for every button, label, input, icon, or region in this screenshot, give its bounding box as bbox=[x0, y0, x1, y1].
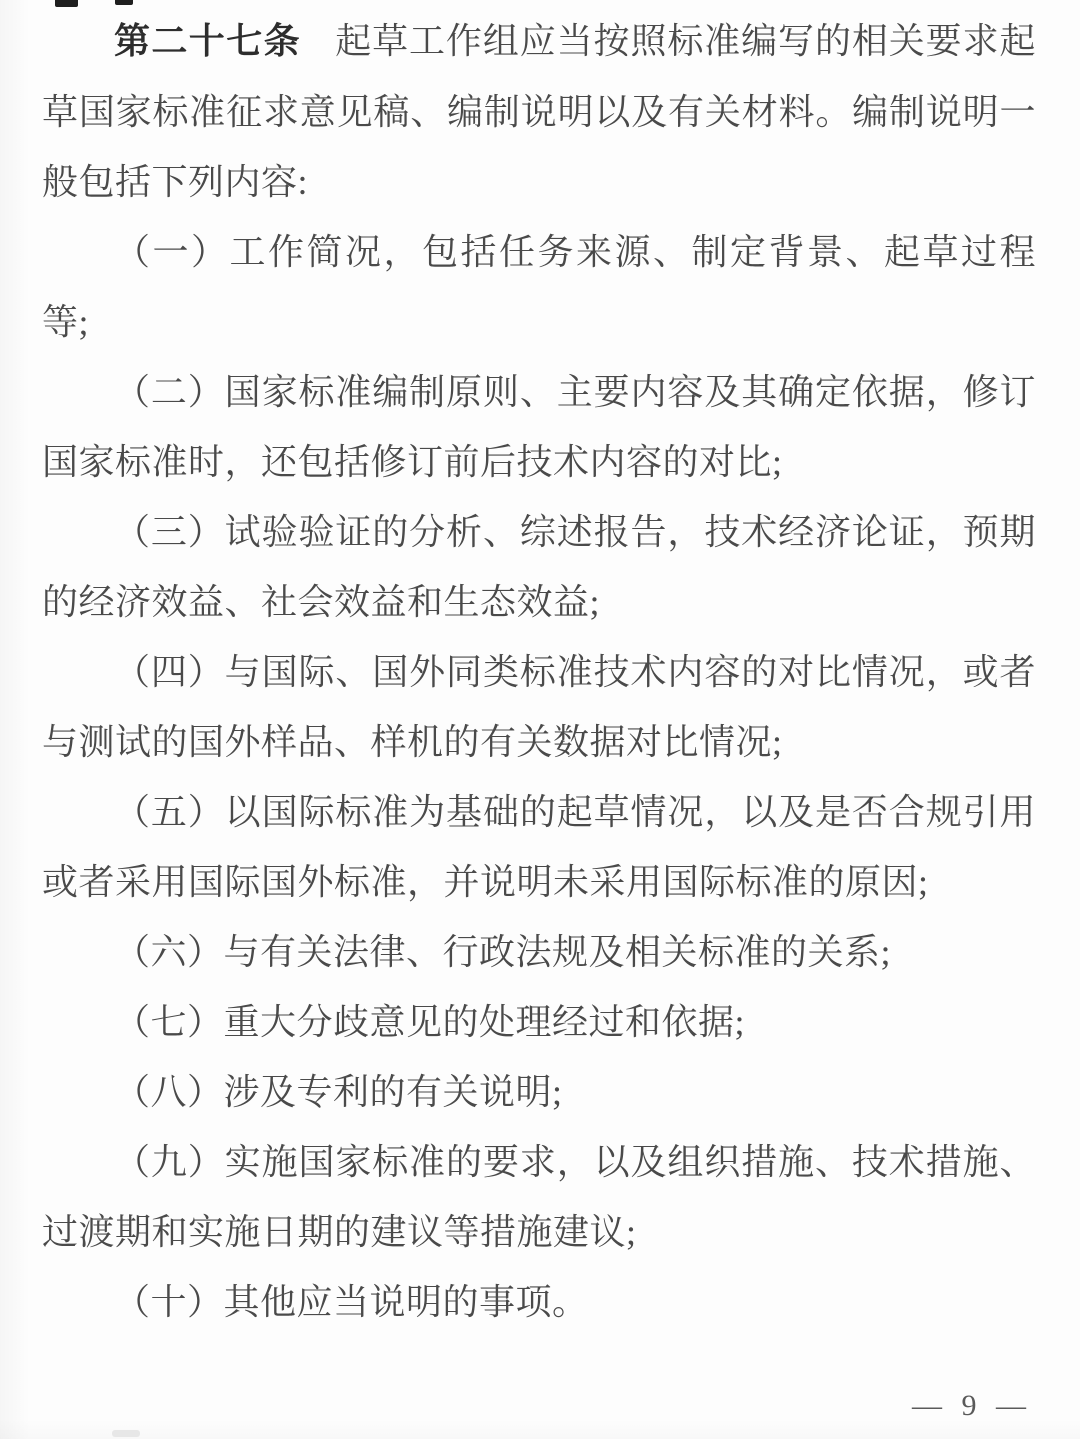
document-page: 第二十七条起草工作组应当按照标准编写的相关要求起草国家标准征求意见稿、编制说明以… bbox=[0, 0, 1080, 1439]
article-item-6: （六）与有关法律、行政法规及相关标准的关系; bbox=[42, 917, 1036, 987]
scan-artifact-bottom-left bbox=[112, 1430, 140, 1437]
article-body: 第二十七条起草工作组应当按照标准编写的相关要求起草国家标准征求意见稿、编制说明以… bbox=[42, 6, 1036, 1337]
article-item-1: （一）工作简况，包括任务来源、制定背景、起草过程等; bbox=[42, 217, 1036, 357]
article-item-8: （八）涉及专利的有关说明; bbox=[42, 1057, 1036, 1127]
article-item-10: （十）其他应当说明的事项。 bbox=[42, 1267, 1036, 1337]
article-item-2: （二）国家标准编制原则、主要内容及其确定依据，修订国家标准时，还包括修订前后技术… bbox=[42, 357, 1036, 497]
article-item-3: （三）试验验证的分析、综述报告，技术经济论证，预期的经济效益、社会效益和生态效益… bbox=[42, 497, 1036, 637]
article-item-9: （九）实施国家标准的要求，以及组织措施、技术措施、过渡期和实施日期的建议等措施建… bbox=[42, 1127, 1036, 1267]
article-item-7: （七）重大分歧意见的处理经过和依据; bbox=[42, 987, 1036, 1057]
article-item-4: （四）与国际、国外同类标准技术内容的对比情况，或者与测试的国外样品、样机的有关数… bbox=[42, 637, 1036, 777]
article-item-5: （五）以国际标准为基础的起草情况，以及是否合规引用或者采用国际国外标准，并说明未… bbox=[42, 777, 1036, 917]
page-footer: — 9 — bbox=[912, 1389, 1032, 1423]
article-number: 第二十七条 bbox=[114, 21, 301, 62]
page-number: — 9 — bbox=[912, 1389, 1032, 1422]
article-lead-paragraph: 第二十七条起草工作组应当按照标准编写的相关要求起草国家标准征求意见稿、编制说明以… bbox=[42, 6, 1036, 217]
scan-artifact-top-left-2 bbox=[115, 0, 133, 5]
